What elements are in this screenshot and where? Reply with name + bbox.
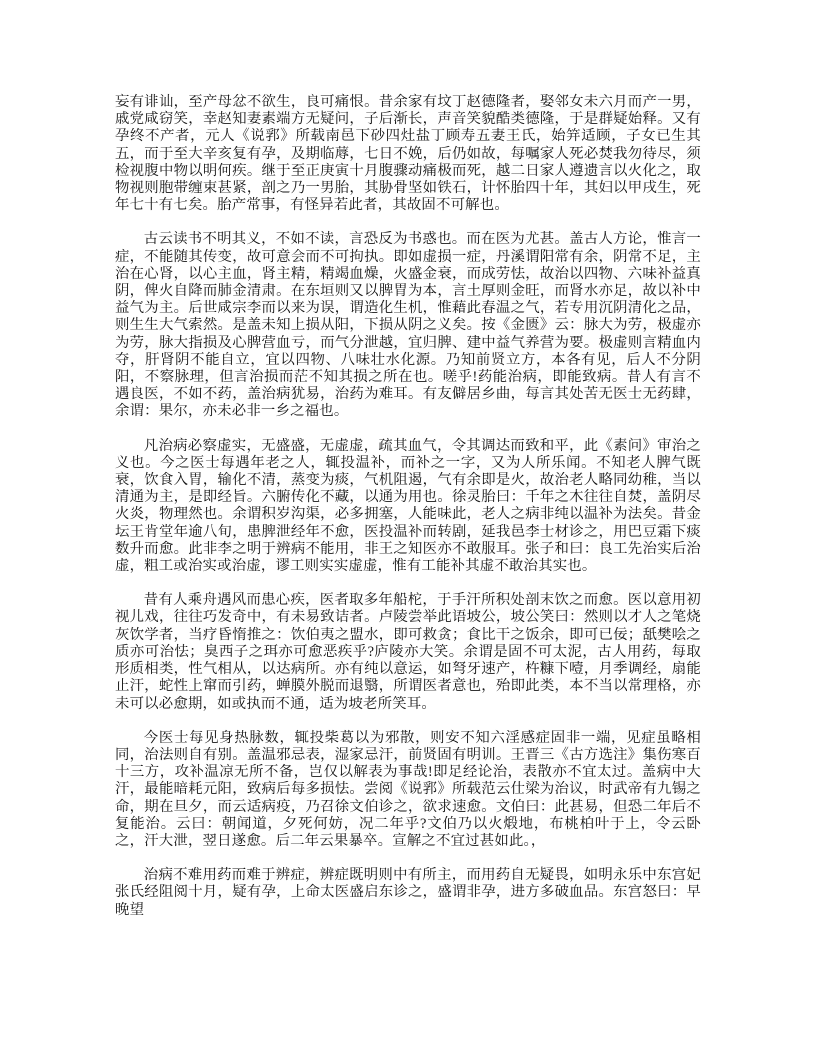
paragraph-birth-anomalies: 妄有诽讪，至产母忿不欲生，良可痛恨。昔余家有坟丁赵德隆者，娶邻女未六月而产一男，… bbox=[115, 94, 701, 214]
paragraph-deficiency-excess: 凡治病必察虚实，无盛盛，无虚虚，疏其血气，令其调达而致和平，此《素问》审治之义也… bbox=[115, 438, 701, 576]
document-page: 妄有诽讪，至产母忿不欲生，良可痛恨。昔余家有坟丁赵德隆者，娶邻女未六月而产一男，… bbox=[0, 0, 816, 1056]
paragraph-diagnosis-difficulty: 治病不难用药而难于辨症，辨症既明则中有所主，而用药自无疑畏，如明永乐中东宫妃张氏… bbox=[115, 867, 701, 919]
paragraph-physician-intent: 昔有人乘舟遇风而患心疾，医者取多年船柁，于手汗所积处剖末饮之而愈。医以意用初视儿… bbox=[115, 592, 701, 712]
paragraph-reading-medical-books: 古云读书不明其义，不如不读，言恐反为书惑也。而在医为尤甚。盖古人方论，惟言一症，… bbox=[115, 231, 701, 420]
paragraph-exterior-releasing: 今医士每见身热脉数，辄投柴葛以为邪散，则安不知六淫感症固非一端，见症虽略相同，治… bbox=[115, 730, 701, 850]
